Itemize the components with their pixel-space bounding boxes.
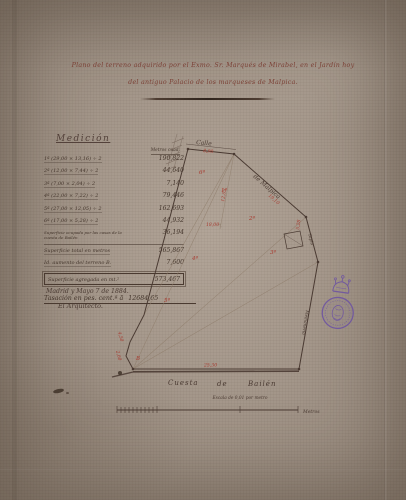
- scale-bar: [117, 406, 298, 413]
- plan-title-line2: del antiguo Palacio de los marqueses de …: [52, 79, 374, 86]
- scale-unit-label: Metros: [302, 409, 320, 415]
- parcel-label-6: 6ª: [199, 169, 205, 176]
- caseta-square: [284, 231, 303, 249]
- scale-note: Escala de 0,01 por metro: [212, 396, 268, 401]
- dim-bottom: 25,30: [203, 363, 217, 369]
- stamp-seal-circle: [320, 295, 355, 330]
- edge-label-tapia: Tapia: [306, 233, 314, 246]
- dim-base: 18,00: [206, 222, 219, 228]
- plot-outline: [112, 144, 319, 377]
- dim-top: 8,90: [203, 148, 214, 155]
- edge-label-medianeria: Medianería: [300, 309, 309, 336]
- plan-title-line1: Plano del terreno adquirido por el Exmo.…: [52, 62, 374, 69]
- fabric-crease-horizontal: [0, 468, 406, 470]
- street-label-bottom-1: Cuesta: [168, 379, 199, 387]
- parcel-label-4: 4ª: [191, 255, 198, 262]
- row-label: 1ª (29,00 × 13,16) ÷ 2: [44, 156, 102, 163]
- triangulation-lines: [133, 154, 318, 369]
- parcel-label-3: 3ª: [270, 249, 276, 256]
- ink-smudge: [53, 388, 65, 394]
- dim-caseta: 5,28: [295, 219, 302, 230]
- official-stamp: [308, 271, 370, 338]
- row-label: 4ª (22,00 × 7,22) ÷ 2: [44, 193, 98, 200]
- street-label-bottom-3: Bailén: [247, 380, 276, 388]
- title-underline-flourish: [140, 98, 275, 100]
- parcel-label-B: B: [135, 356, 140, 362]
- dim-corner1: 4,50: [116, 330, 125, 342]
- row-label: 5ª (27,00 × 12,05) ÷ 2: [44, 206, 102, 213]
- street-label-bottom-2: de: [217, 380, 228, 388]
- row-label: 3ª (7,00 × 2,04) ÷ 2: [44, 181, 95, 188]
- row-label: 6ª (17,00 × 5,28) ÷ 2: [44, 218, 98, 225]
- street-hatching: [164, 134, 184, 171]
- row-label: 2ª (12,00 × 7,44) ÷ 2: [44, 168, 98, 175]
- fabric-crease-vertical: [384, 0, 387, 500]
- crown-icon: [333, 274, 351, 293]
- survey-plan-drawing: Calle de Malpica Tapia Medianería Cuesta…: [100, 130, 340, 430]
- parcel-label-5: 5ª: [164, 297, 170, 304]
- signature-role: El Arquitecto.: [58, 302, 103, 310]
- street-label-top: Calle: [196, 139, 213, 148]
- ink-smudge-small: [66, 392, 69, 394]
- parcel-label-2: 2ª: [248, 215, 255, 222]
- scanned-plan-sheet: Plano del terreno adquirido por el Exmo.…: [0, 0, 406, 500]
- fabric-edge-shadow: [12, 0, 17, 500]
- dim-corner2: 2,60: [114, 349, 123, 361]
